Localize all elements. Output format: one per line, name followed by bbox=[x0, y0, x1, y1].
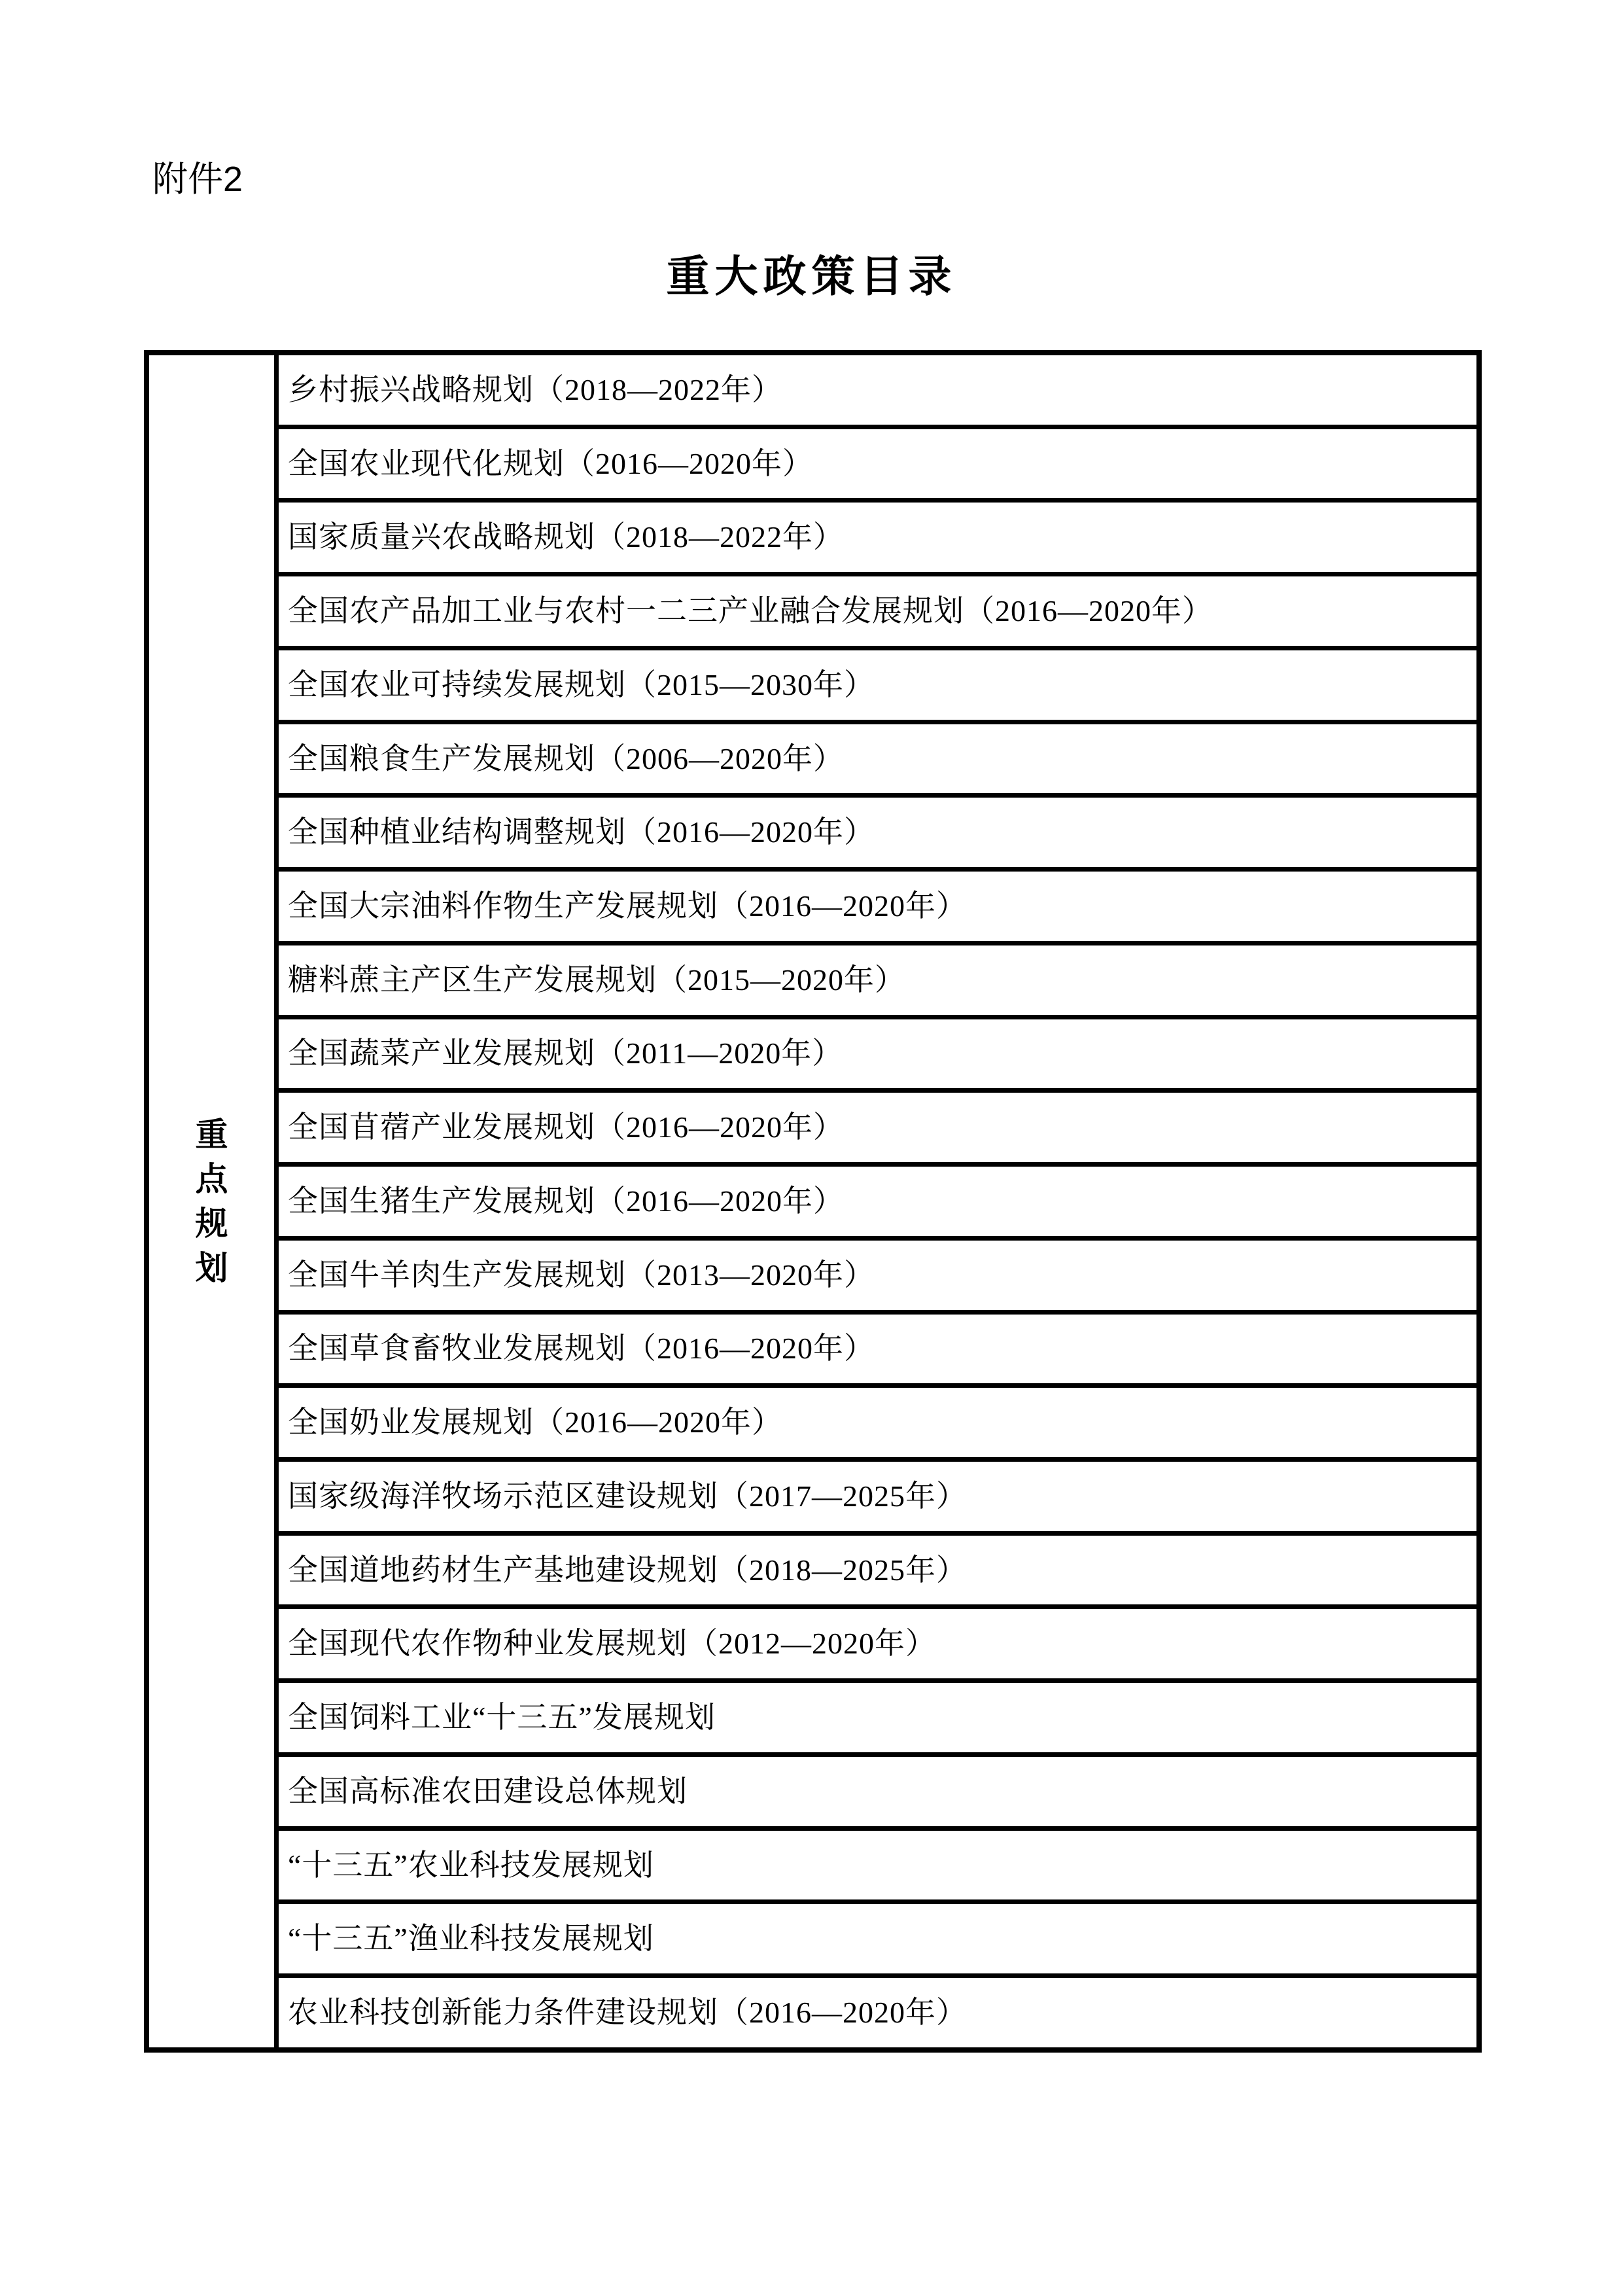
plan-name: 全国道地药材生产基地建设规划（2018—2025年） bbox=[288, 1555, 967, 1585]
plan-name: 全国粮食生产发展规划（2006—2020年） bbox=[288, 744, 844, 774]
plan-name: 全国现代农作物种业发展规划（2012—2020年） bbox=[288, 1629, 936, 1659]
page-title: 重大政策目录 bbox=[0, 254, 1623, 302]
table-row: 全国粮食生产发展规划（2006—2020年） bbox=[279, 724, 1476, 798]
table-row: 乡村振兴战略规划（2018—2022年） bbox=[279, 355, 1476, 429]
plan-name: 糖料蔗主产区生产发展规划（2015—2020年） bbox=[288, 965, 905, 995]
plan-name: 国家级海洋牧场示范区建设规划（2017—2025年） bbox=[288, 1481, 967, 1511]
table-row: 全国大宗油料作物生产发展规划（2016—2020年） bbox=[279, 872, 1476, 945]
policy-table: 重点规划 乡村振兴战略规划（2018—2022年） 全国农业现代化规划（2016… bbox=[144, 350, 1482, 2053]
category-cell: 重点规划 bbox=[149, 355, 279, 2047]
attachment-label: 附件2 bbox=[152, 161, 243, 198]
table-row: 全国现代农作物种业发展规划（2012—2020年） bbox=[279, 1609, 1476, 1683]
table-row: 全国种植业结构调整规划（2016—2020年） bbox=[279, 798, 1476, 872]
plan-name: 乡村振兴战略规划（2018—2022年） bbox=[288, 375, 782, 405]
plan-name: 农业科技创新能力条件建设规划（2016—2020年） bbox=[288, 1998, 967, 2028]
plan-name: 全国高标准农田建设总体规划 bbox=[288, 1776, 688, 1807]
table-row: 糖料蔗主产区生产发展规划（2015—2020年） bbox=[279, 945, 1476, 1019]
plan-name: 全国苜蓿产业发展规划（2016—2020年） bbox=[288, 1112, 844, 1142]
plan-name: 国家质量兴农战略规划（2018—2022年） bbox=[288, 522, 844, 552]
plan-name: “十三五”农业科技发展规划 bbox=[288, 1850, 654, 1881]
table-row: 全国高标准农田建设总体规划 bbox=[279, 1757, 1476, 1831]
table-row: 国家质量兴农战略规划（2018—2022年） bbox=[279, 503, 1476, 576]
plan-name: 全国种植业结构调整规划（2016—2020年） bbox=[288, 817, 875, 847]
table-row: 全国生猪生产发展规划（2016—2020年） bbox=[279, 1167, 1476, 1241]
table-row: 全国奶业发展规划（2016—2020年） bbox=[279, 1388, 1476, 1462]
plan-name: 全国农业现代化规划（2016—2020年） bbox=[288, 449, 813, 479]
table-row: 全国牛羊肉生产发展规划（2013—2020年） bbox=[279, 1241, 1476, 1315]
document-page: 附件2 重大政策目录 重点规划 乡村振兴战略规划（2018—2022年） 全国农… bbox=[0, 0, 1623, 2296]
table-row: 全国道地药材生产基地建设规划（2018—2025年） bbox=[279, 1536, 1476, 1610]
plan-name: 全国生猪生产发展规划（2016—2020年） bbox=[288, 1186, 844, 1216]
table-row: “十三五”农业科技发展规划 bbox=[279, 1831, 1476, 1905]
table-row: 国家级海洋牧场示范区建设规划（2017—2025年） bbox=[279, 1462, 1476, 1536]
plan-name: 全国蔬菜产业发展规划（2011—2020年） bbox=[288, 1038, 843, 1069]
table-row: 全国饲料工业“十三五”发展规划 bbox=[279, 1683, 1476, 1757]
table-row: 农业科技创新能力条件建设规划（2016—2020年） bbox=[279, 1978, 1476, 2047]
table-row: “十三五”渔业科技发展规划 bbox=[279, 1904, 1476, 1978]
table-row: 全国蔬菜产业发展规划（2011—2020年） bbox=[279, 1019, 1476, 1093]
plan-name: 全国草食畜牧业发展规划（2016—2020年） bbox=[288, 1333, 875, 1364]
table-row: 全国农业现代化规划（2016—2020年） bbox=[279, 429, 1476, 503]
plan-name: 全国牛羊肉生产发展规划（2013—2020年） bbox=[288, 1260, 875, 1290]
plan-name: “十三五”渔业科技发展规划 bbox=[288, 1924, 654, 1954]
plan-name: 全国大宗油料作物生产发展规划（2016—2020年） bbox=[288, 891, 967, 921]
table-row: 全国农产品加工业与农村一二三产业融合发展规划（2016—2020年） bbox=[279, 576, 1476, 650]
table-row: 全国农业可持续发展规划（2015—2030年） bbox=[279, 650, 1476, 724]
plan-name: 全国饲料工业“十三五”发展规划 bbox=[288, 1703, 716, 1733]
table-row: 全国苜蓿产业发展规划（2016—2020年） bbox=[279, 1093, 1476, 1167]
plan-name: 全国农产品加工业与农村一二三产业融合发展规划（2016—2020年） bbox=[288, 596, 1213, 626]
category-label: 重点规划 bbox=[194, 1112, 230, 1290]
plan-rows: 乡村振兴战略规划（2018—2022年） 全国农业现代化规划（2016—2020… bbox=[279, 355, 1476, 2047]
plan-name: 全国奶业发展规划（2016—2020年） bbox=[288, 1407, 782, 1438]
plan-name: 全国农业可持续发展规划（2015—2030年） bbox=[288, 670, 875, 700]
table-row: 全国草食畜牧业发展规划（2016—2020年） bbox=[279, 1315, 1476, 1388]
